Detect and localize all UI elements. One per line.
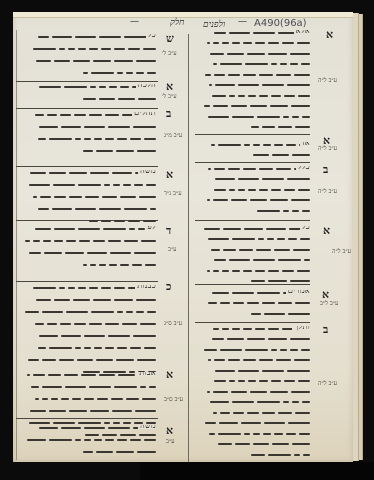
header-dash-left: —: [130, 17, 139, 27]
entry-first-word: אז: [300, 142, 310, 146]
handwritten-line: [28, 384, 156, 390]
entry-first-word: כלל: [296, 166, 310, 170]
handwritten-line: [80, 96, 156, 102]
left-entry-letter-5: ד: [166, 224, 171, 237]
header-left-word: חלק: [170, 17, 184, 28]
left-entry-letter-3: ב: [166, 107, 171, 120]
left-entry-letter-2: א: [166, 80, 173, 93]
handwritten-line: [22, 408, 156, 414]
handwritten-line: [80, 218, 156, 224]
handwritten-line: [248, 452, 310, 458]
handwritten-line: [205, 114, 310, 120]
right-entry-note-2: ע״ב ל״ה: [318, 145, 337, 152]
left-entry-letter-1: ש: [166, 32, 174, 45]
handwritten-line: [30, 124, 156, 130]
handwritten-line: [80, 148, 156, 154]
handwritten-line: משה: [22, 170, 156, 176]
entry-first-word: הלכה: [136, 84, 156, 88]
handwritten-line: [22, 238, 156, 244]
handwritten-line: אלא: [211, 30, 310, 36]
handwritten-line: אבות: [24, 372, 156, 378]
right-divider-3: [195, 220, 310, 221]
handwritten-line: כלל: [205, 166, 310, 172]
entry-first-word: ותלך: [292, 326, 310, 330]
handwritten-line: ותלך: [206, 326, 310, 332]
left-entry-note-1: ע״ב ל׳: [162, 50, 177, 57]
left-entry-letter-4: א: [166, 168, 173, 181]
handwritten-line: [35, 136, 156, 142]
right-entry-letter-3: ב: [323, 163, 328, 176]
handwritten-line: אז: [208, 142, 310, 148]
header-center-word: ולפנים: [203, 19, 225, 30]
left-divider-3: [16, 166, 158, 167]
right-entry-letter-6: ב: [323, 323, 328, 336]
handwritten-line: [202, 421, 310, 427]
handwritten-line: [30, 333, 156, 339]
catalog-number: A490(96a): [254, 18, 307, 29]
right-entry-letter-1: א: [326, 28, 333, 41]
right-divider-2: [195, 162, 310, 163]
handwritten-line: [30, 194, 156, 200]
entry-first-word: כל: [146, 34, 156, 38]
handwritten-line: [201, 347, 310, 353]
left-entry-letter-6: כ: [166, 280, 171, 293]
right-entry-note-5: ע״ב ל״ב: [320, 300, 338, 307]
handwritten-line: [208, 368, 310, 374]
handwritten-line: [209, 337, 310, 343]
left-entry-note-8: ע״ב: [166, 438, 175, 445]
left-margin-rule: [16, 30, 17, 460]
handwritten-line: [22, 309, 156, 315]
handwritten-line: [206, 431, 310, 437]
handwritten-line: [35, 206, 156, 212]
handwritten-line: [209, 442, 310, 448]
handwritten-line: [204, 389, 310, 395]
right-entry-note-1: ע״ב ל״ה: [318, 77, 337, 84]
entry-first-word: תהלים: [132, 112, 156, 116]
entry-first-word: אבות: [137, 372, 156, 376]
handwritten-line: [29, 58, 156, 64]
handwritten-line: [248, 208, 310, 214]
left-divider-5: [16, 281, 158, 282]
handwritten-line: הלכה: [30, 84, 156, 90]
handwritten-line: [248, 153, 310, 159]
handwritten-line: [204, 268, 310, 274]
handwritten-line: [248, 311, 310, 317]
handwritten-line: [25, 357, 156, 363]
handwritten-line: [32, 297, 156, 303]
entry-first-word: כל: [300, 226, 310, 230]
header-dash-right: —: [238, 17, 247, 27]
center-column-rule: [188, 34, 189, 462]
right-entry-note-3: ע״ב ל״ה: [318, 188, 337, 195]
left-entry-note-2: ע״ב ל׳: [162, 93, 177, 100]
entry-first-word: משה: [138, 425, 156, 429]
handwritten-line: כבנות: [28, 285, 156, 291]
handwritten-line: [201, 301, 310, 307]
handwritten-line: [25, 46, 156, 52]
handwritten-line: [207, 51, 310, 57]
handwritten-line: [24, 437, 156, 443]
handwritten-line: [35, 345, 156, 351]
handwritten-line: [201, 104, 310, 110]
handwritten-line: לפ: [32, 226, 156, 232]
handwritten-line: [211, 187, 310, 193]
handwritten-line: [80, 449, 156, 455]
handwritten-line: משה: [33, 425, 156, 431]
right-entry-note-4: ע״ב ל״ה: [332, 248, 351, 255]
handwritten-line: [26, 250, 156, 256]
entry-first-word: כבנות: [135, 285, 156, 289]
bottom-shadow: [140, 462, 374, 480]
left-divider-1: [16, 81, 158, 82]
entry-first-word: לפ: [145, 226, 156, 230]
right-entry-letter-4: א: [323, 224, 330, 237]
handwritten-line: [204, 198, 310, 204]
handwritten-line: [208, 247, 310, 253]
handwritten-line: [32, 396, 156, 402]
handwritten-line: כל: [35, 34, 156, 40]
right-entry-note-6: ע״ב ל״ה: [318, 380, 337, 387]
handwritten-line: [208, 177, 310, 183]
entry-first-word: משה: [138, 170, 156, 174]
handwritten-line: [211, 258, 310, 264]
handwritten-line: [26, 321, 156, 327]
handwritten-line: [80, 70, 156, 76]
left-entry-note-4: ע״ב נ״ד: [164, 190, 182, 197]
left-entry-letter-8: א: [166, 424, 173, 437]
entry-first-word: אמרים: [286, 290, 310, 294]
handwritten-line: [202, 72, 310, 78]
left-entry-note-7: ע״ב ס״ב: [164, 396, 183, 403]
handwritten-line: [209, 93, 310, 99]
handwritten-line: אמרים: [209, 290, 310, 296]
right-divider-5: [195, 322, 310, 323]
left-divider-6: [16, 418, 158, 419]
handwritten-line: [206, 83, 310, 89]
handwritten-line: [205, 358, 310, 364]
handwritten-line: [210, 410, 310, 416]
handwritten-line: [80, 262, 156, 268]
handwritten-line: תהלים: [26, 112, 156, 118]
left-entry-note-6: ע״ב ס״ג: [164, 320, 182, 327]
handwritten-line: [26, 182, 156, 188]
handwritten-line: [248, 279, 310, 285]
left-entry-letter-7: א: [166, 368, 173, 381]
handwritten-line: [205, 237, 310, 243]
entry-first-word: אלא: [294, 30, 310, 34]
handwritten-line: כל: [201, 226, 310, 232]
left-entry-note-3: ע״ב מ״ג: [164, 132, 182, 139]
handwritten-line: [204, 41, 310, 47]
right-divider-1: [195, 134, 310, 135]
handwritten-line: [207, 400, 310, 406]
left-divider-2: [16, 108, 158, 109]
handwritten-line: [211, 379, 310, 385]
left-entry-note-5: ע״ב: [168, 246, 177, 253]
handwritten-line: [248, 125, 310, 131]
handwritten-line: [210, 62, 310, 68]
